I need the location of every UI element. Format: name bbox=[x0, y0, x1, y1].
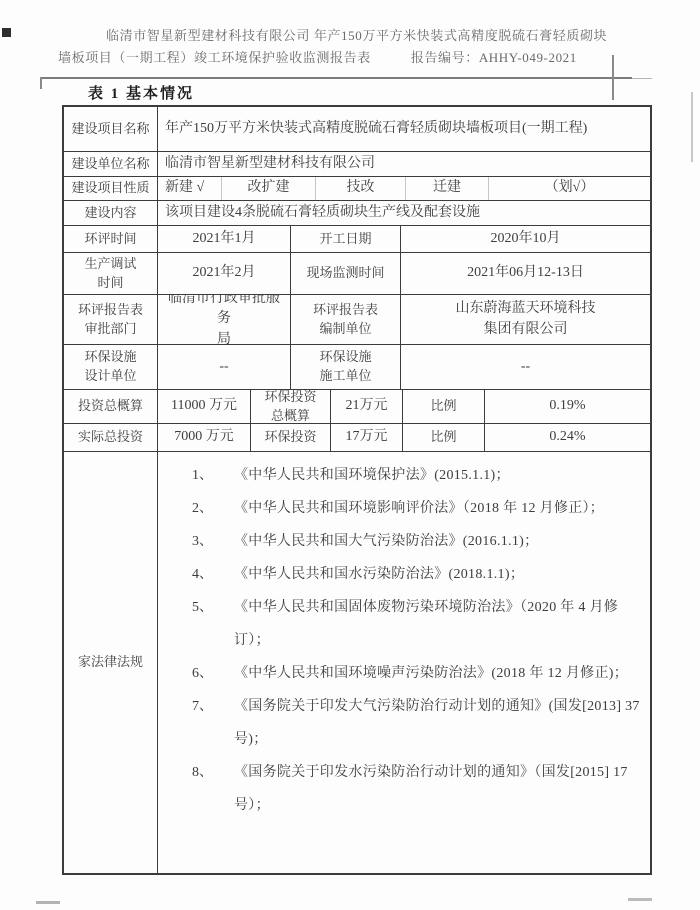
table-title: 表 1 基本情况 bbox=[88, 82, 194, 103]
law-item-text: 《中华人民共和国固体废物污染环境防治法》（2020 年 4 月修订）； bbox=[234, 591, 644, 657]
trial-time-label: 生产调试 时间 bbox=[64, 253, 158, 294]
project-nature-label: 建设项目性质 bbox=[64, 177, 158, 200]
project-name-label: 建设项目名称 bbox=[64, 107, 158, 151]
nature-option-new: 新建 √ bbox=[158, 177, 221, 200]
header-divider-line bbox=[40, 77, 632, 79]
compiling-unit-label: 环评报告表 编制单位 bbox=[291, 295, 401, 344]
report-number: 报告编号：AHHY-049-2021 bbox=[411, 47, 577, 69]
law-item-number: 2、 bbox=[192, 492, 234, 525]
header-divider-extension bbox=[632, 78, 652, 79]
construction-content-label: 建设内容 bbox=[64, 201, 158, 225]
nature-option-tick-note: （划√） bbox=[488, 177, 650, 200]
trial-time-value: 2021年2月 bbox=[158, 253, 291, 294]
row-trial-time: 生产调试 时间 2021年2月 现场监测时间 2021年06月12-13日 bbox=[64, 253, 650, 295]
env-budget-value: 21万元 bbox=[331, 390, 403, 423]
approval-dept-label: 环评报告表 审批部门 bbox=[64, 295, 158, 344]
laws-list: 1、 《中华人民共和国环境保护法》(2015.1.1)； 2、 《中华人民共和国… bbox=[158, 452, 650, 873]
law-item-number: 3、 bbox=[192, 525, 234, 558]
list-item: 2、 《中华人民共和国环境影响评价法》（2018 年 12 月修正）； bbox=[192, 492, 644, 525]
law-item-number: 6、 bbox=[192, 657, 234, 690]
env-budget-label: 环保投资 总概算 bbox=[251, 390, 331, 423]
law-item-text: 《中华人民共和国环境影响评价法》（2018 年 12 月修正）； bbox=[234, 492, 644, 525]
row-company-name: 建设单位名称 临清市智星新型建材科技有限公司 bbox=[64, 152, 650, 177]
facility-design-label: 环保设施 设计单位 bbox=[64, 345, 158, 389]
law-item-text: 《中华人民共和国环境噪声污染防治法》(2018 年 12 月修正)； bbox=[234, 657, 644, 690]
budget-ratio-value: 0.19% bbox=[485, 390, 650, 423]
law-item-number: 7、 bbox=[192, 690, 234, 723]
list-item: 4、 《中华人民共和国水污染防治法》(2018.1.1)； bbox=[192, 558, 644, 591]
scan-artifact-bottomleft bbox=[36, 901, 60, 904]
compiling-unit-value: 山东蔚海蓝天环境科技 集团有限公司 bbox=[401, 295, 650, 344]
row-eia-time: 环评时间 2021年1月 开工日期 2020年10月 bbox=[64, 226, 650, 253]
law-item-number: 4、 bbox=[192, 558, 234, 591]
env-investment-label: 环保投资 bbox=[251, 424, 331, 451]
eia-time-value: 2021年1月 bbox=[158, 226, 291, 252]
monitoring-time-value: 2021年06月12-13日 bbox=[401, 253, 650, 294]
nature-option-relocate: 迁建 bbox=[405, 177, 488, 200]
list-item: 8、 《国务院关于印发水污染防治行动计划的通知》（国发[2015] 17 号）； bbox=[192, 756, 644, 822]
facility-design-value: -- bbox=[158, 345, 291, 389]
law-item-number: 1、 bbox=[192, 459, 234, 492]
law-item-text: 《国务院关于印发大气污染防治行动计划的通知》(国发[2013] 37 号)； bbox=[234, 690, 644, 756]
list-item: 5、 《中华人民共和国固体废物污染环境防治法》（2020 年 4 月修订）； bbox=[192, 591, 644, 657]
law-item-number: 8、 bbox=[192, 756, 234, 789]
page-header: 临清市智星新型建材科技有限公司 年产150万平方米快装式高精度脱硫石膏轻质砌块 … bbox=[58, 25, 664, 69]
basic-info-table: 建设项目名称 年产150万平方米快装式高精度脱硫石膏轻质砌块墙板项目(一期工程)… bbox=[62, 105, 652, 875]
facility-construction-value: -- bbox=[401, 345, 650, 389]
law-item-text: 《中华人民共和国水污染防治法》(2018.1.1)； bbox=[234, 558, 644, 591]
project-name-value: 年产150万平方米快装式高精度脱硫石膏轻质砌块墙板项目(一期工程) bbox=[158, 107, 650, 151]
actual-investment-value: 7000 万元 bbox=[158, 424, 251, 451]
law-item-number: 5、 bbox=[192, 591, 234, 624]
start-date-value: 2020年10月 bbox=[401, 226, 650, 252]
company-name-value: 临清市智星新型建材科技有限公司 bbox=[158, 152, 650, 176]
page-header-line2: 墙板项目（一期工程）竣工环境保护验收监测报告表 bbox=[58, 47, 371, 69]
list-item: 1、 《中华人民共和国环境保护法》(2015.1.1)； bbox=[192, 459, 644, 492]
actual-ratio-value: 0.24% bbox=[485, 424, 650, 451]
row-actual-investment: 实际总投资 7000 万元 环保投资 17万元 比例 0.24% bbox=[64, 424, 650, 452]
actual-ratio-label: 比例 bbox=[403, 424, 485, 451]
list-item: 3、 《中华人民共和国大气污染防治法》(2016.1.1)； bbox=[192, 525, 644, 558]
start-date-label: 开工日期 bbox=[291, 226, 401, 252]
row-budget: 投资总概算 11000 万元 环保投资 总概算 21万元 比例 0.19% bbox=[64, 390, 650, 424]
env-investment-value: 17万元 bbox=[331, 424, 403, 451]
eia-time-label: 环评时间 bbox=[64, 226, 158, 252]
law-item-text: 《中华人民共和国大气污染防治法》(2016.1.1)； bbox=[234, 525, 644, 558]
scan-artifact-right-edge bbox=[691, 92, 693, 162]
scan-artifact-topleft bbox=[2, 28, 11, 37]
laws-label: 家法律法规 bbox=[64, 452, 158, 873]
row-project-nature: 建设项目性质 新建 √ 改扩建 技改 迁建 （划√） bbox=[64, 177, 650, 201]
actual-investment-label: 实际总投资 bbox=[64, 424, 158, 451]
list-item: 7、 《国务院关于印发大气污染防治行动计划的通知》(国发[2013] 37 号)… bbox=[192, 690, 644, 756]
row-project-name: 建设项目名称 年产150万平方米快装式高精度脱硫石膏轻质砌块墙板项目(一期工程) bbox=[64, 107, 650, 152]
approval-dept-value: 临清市行政审批服务 局 bbox=[158, 295, 291, 344]
nature-option-techreform: 技改 bbox=[315, 177, 405, 200]
scan-artifact-bottomright bbox=[628, 898, 652, 901]
budget-ratio-label: 比例 bbox=[403, 390, 485, 423]
company-name-label: 建设单位名称 bbox=[64, 152, 158, 176]
header-divider-right-tick bbox=[612, 55, 614, 100]
row-laws: 家法律法规 1、 《中华人民共和国环境保护法》(2015.1.1)； 2、 《中… bbox=[64, 452, 650, 873]
monitoring-time-label: 现场监测时间 bbox=[291, 253, 401, 294]
row-facility-units: 环保设施 设计单位 -- 环保设施 施工单位 -- bbox=[64, 345, 650, 390]
budget-value: 11000 万元 bbox=[158, 390, 251, 423]
facility-construction-label: 环保设施 施工单位 bbox=[291, 345, 401, 389]
header-divider-left-tick bbox=[40, 77, 42, 89]
row-approval: 环评报告表 审批部门 临清市行政审批服务 局 环评报告表 编制单位 山东蔚海蓝天… bbox=[64, 295, 650, 345]
law-item-text: 《中华人民共和国环境保护法》(2015.1.1)； bbox=[234, 459, 644, 492]
nature-option-expand: 改扩建 bbox=[221, 177, 315, 200]
row-construction-content: 建设内容 该项目建设4条脱硫石膏轻质砌块生产线及配套设施 bbox=[64, 201, 650, 226]
budget-label: 投资总概算 bbox=[64, 390, 158, 423]
page-header-line1: 临清市智星新型建材科技有限公司 年产150万平方米快装式高精度脱硫石膏轻质砌块 bbox=[58, 25, 664, 47]
law-item-text: 《国务院关于印发水污染防治行动计划的通知》（国发[2015] 17 号）； bbox=[234, 756, 644, 822]
construction-content-value: 该项目建设4条脱硫石膏轻质砌块生产线及配套设施 bbox=[158, 201, 650, 225]
list-item: 6、 《中华人民共和国环境噪声污染防治法》(2018 年 12 月修正)； bbox=[192, 657, 644, 690]
